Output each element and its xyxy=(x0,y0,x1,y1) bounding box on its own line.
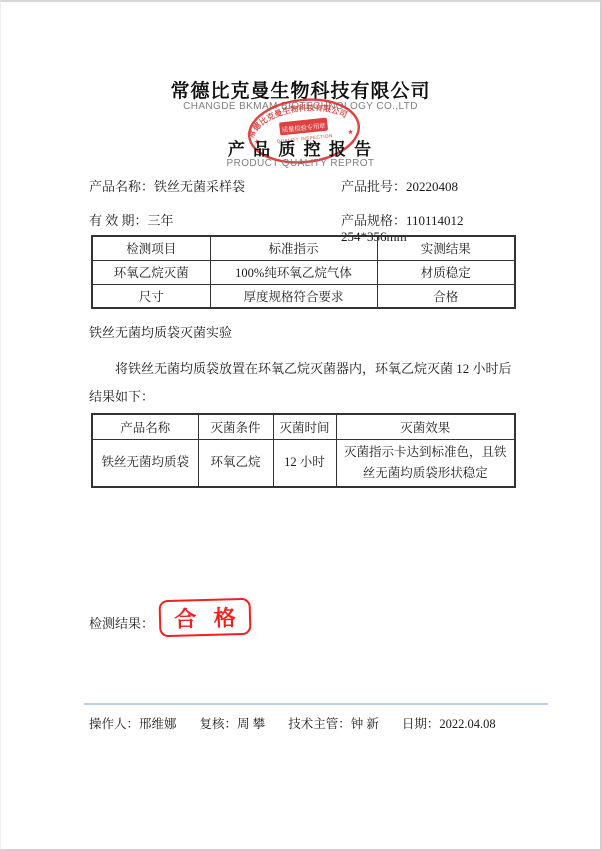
operator-value: 邢维娜 xyxy=(139,717,177,731)
table-row: 环氧乙烷灭菌 100%纯环氧乙烷气体 材质稳定 xyxy=(92,260,515,284)
table-cell: 厚度规格符合要求 xyxy=(210,284,377,308)
spec-label: 产品规格： xyxy=(341,213,406,228)
date-value: 2022.04.08 xyxy=(439,717,495,731)
reviewer-label: 复核： xyxy=(200,717,238,731)
report-title-cn: 产 品 质 控 报 告 xyxy=(1,135,600,160)
expiry-label: 有 效 期： xyxy=(89,213,148,228)
operator-label: 操作人： xyxy=(89,717,139,731)
result-pass-stamp: 合 格 xyxy=(159,598,252,637)
col-header: 灭菌条件 xyxy=(198,414,273,439)
reviewer-value: 周 攀 xyxy=(237,717,265,731)
col-header: 灭菌效果 xyxy=(336,414,515,439)
table-cell: 12 小时 xyxy=(273,439,336,487)
footer-divider xyxy=(84,703,548,705)
supervisor-value: 钟 新 xyxy=(351,717,379,731)
report-title-en: PRODUCT QUALITY REPROT xyxy=(1,158,600,169)
table-cell: 铁丝无菌均质袋 xyxy=(92,439,198,487)
batch-value: 20220408 xyxy=(406,179,458,194)
batch-field: 产品批号：20220408 xyxy=(341,176,529,195)
result-pass-text: 合 格 xyxy=(168,601,242,634)
table-cell: 灭菌指示卡达到标准色，且铁丝无菌均质袋形状稳定 xyxy=(336,439,515,487)
col-header: 标准指示 xyxy=(210,236,377,260)
footer-signatures: 操作人：邢维娜 复核：周 攀 技术主管：钟 新 日期：2022.04.08 xyxy=(89,714,539,732)
table-cell: 合格 xyxy=(377,284,515,308)
experiment-subtitle: 铁丝无菌均质袋灭菌实验 xyxy=(89,322,232,341)
sterilization-table: 产品名称 灭菌条件 灭菌时间 灭菌效果 铁丝无菌均质袋 环氧乙烷 12 小时 灭… xyxy=(91,413,516,488)
info-row-1: 产品名称：铁丝无菌采样袋 产品批号：20220408 xyxy=(89,176,529,195)
supervisor-field: 技术主管：钟 新 xyxy=(288,714,379,732)
col-header: 检测项目 xyxy=(92,236,210,260)
supervisor-label: 技术主管： xyxy=(288,717,351,731)
operator-field: 操作人：邢维娜 xyxy=(89,714,177,732)
col-header: 实测结果 xyxy=(377,236,515,260)
inspection-table-header-row: 检测项目 标准指示 实测结果 xyxy=(92,236,515,260)
experiment-paragraph-2: 结果如下： xyxy=(89,386,154,405)
table-cell: 100%纯环氧乙烷气体 xyxy=(210,260,377,284)
col-header: 产品名称 xyxy=(92,414,198,439)
product-name-value: 铁丝无菌采样袋 xyxy=(154,179,245,194)
table-cell: 环氧乙烷 xyxy=(198,439,273,487)
document-page: 常德比克曼生物科技有限公司 CHANGDE BKMAM BIOTECHNOLOG… xyxy=(0,0,602,851)
inspection-table: 检测项目 标准指示 实测结果 环氧乙烷灭菌 100%纯环氧乙烷气体 材质稳定 尺… xyxy=(91,235,516,309)
sterilization-table-header-row: 产品名称 灭菌条件 灭菌时间 灭菌效果 xyxy=(92,414,515,439)
result-label: 检测结果： xyxy=(89,613,154,632)
date-label: 日期： xyxy=(402,717,440,731)
experiment-paragraph: 将铁丝无菌均质袋放置在环氧乙烷灭菌器内，环氧乙烷灭菌 12 小时后 xyxy=(89,358,527,377)
product-name-label: 产品名称： xyxy=(89,179,154,194)
table-cell: 材质稳定 xyxy=(377,260,515,284)
date-field: 日期：2022.04.08 xyxy=(402,714,496,732)
batch-label: 产品批号： xyxy=(341,179,406,194)
expiry-value: 三年 xyxy=(148,213,174,228)
table-row: 尺寸 厚度规格符合要求 合格 xyxy=(92,284,515,308)
col-header: 灭菌时间 xyxy=(273,414,336,439)
table-row: 铁丝无菌均质袋 环氧乙烷 12 小时 灭菌指示卡达到标准色，且铁丝无菌均质袋形状… xyxy=(92,439,515,487)
reviewer-field: 复核：周 攀 xyxy=(200,714,266,732)
table-cell: 环氧乙烷灭菌 xyxy=(92,260,210,284)
table-cell: 尺寸 xyxy=(92,284,210,308)
product-name-field: 产品名称：铁丝无菌采样袋 xyxy=(89,176,341,195)
